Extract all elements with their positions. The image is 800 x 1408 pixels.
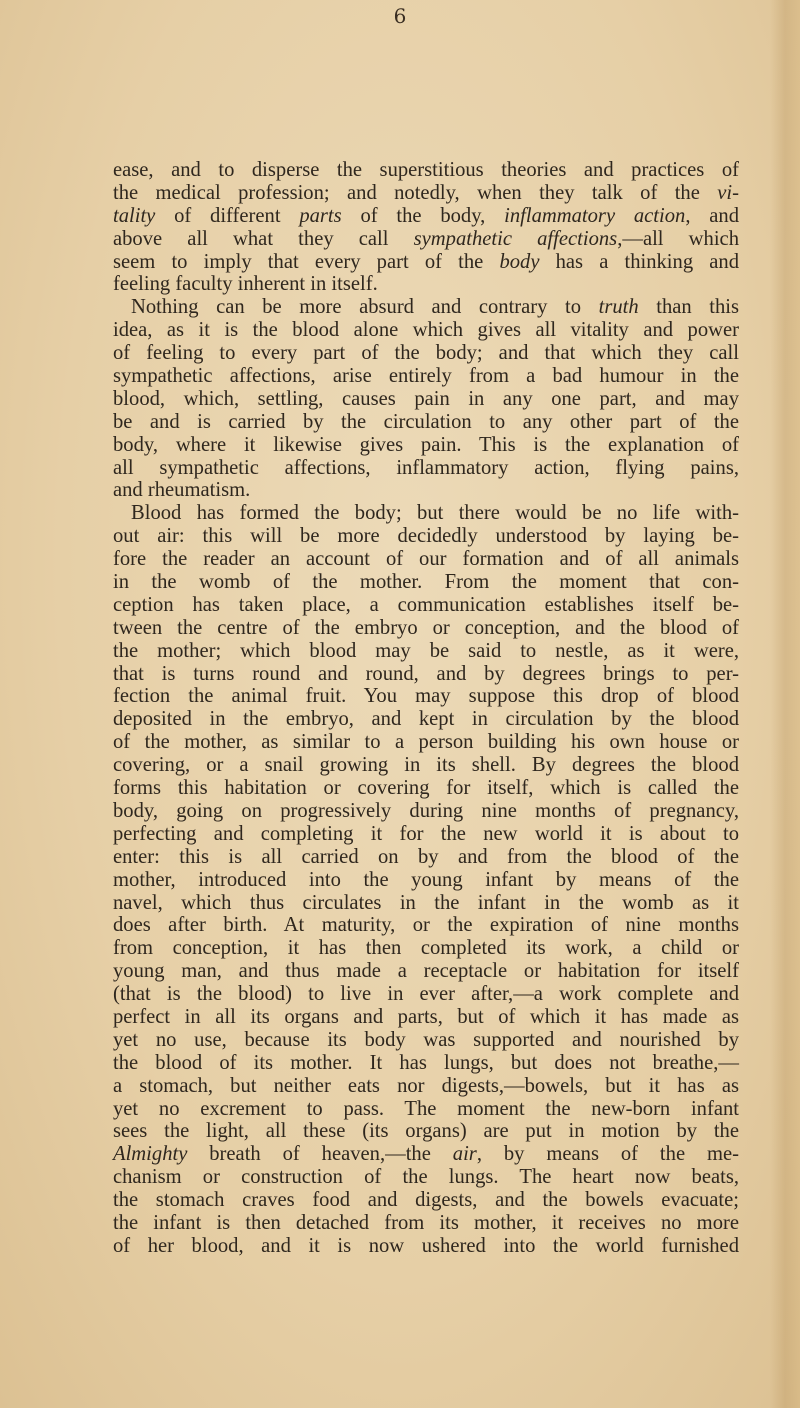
text-run: that is turns round and round, and by de… [113, 663, 739, 685]
text-run: above all what they call [113, 228, 414, 250]
text-run: be and is carried by the circulation to … [113, 411, 739, 433]
text-run: , and [685, 205, 739, 227]
text-run: of the mother, as similar to a person bu… [113, 731, 739, 753]
text-line: navel, which thus circulates in the infa… [113, 892, 739, 915]
text-line: body, going on progressively during nine… [113, 800, 739, 823]
text-run: breath of heaven,—the [187, 1143, 452, 1165]
text-line: mother, introduced into the young infant… [113, 869, 739, 892]
text-line: ception has taken place, a communication… [113, 594, 739, 617]
italic-text: sympathetic affections [414, 228, 618, 250]
text-line: the mother; which blood may be said to n… [113, 640, 739, 663]
book-page: 6 ease, and to disperse the superstitiou… [0, 0, 800, 1408]
text-line: above all what they call sympathetic aff… [113, 228, 739, 251]
text-line: enter: this is all carried on by and fro… [113, 846, 739, 869]
text-line: Nothing can be more absurd and contrary … [113, 296, 739, 319]
text-run: and rheumatism. [113, 479, 250, 501]
text-run: yet no use, because its body was support… [113, 1029, 739, 1051]
text-run: forms this habitation or covering for it… [113, 777, 739, 799]
text-run: than this [639, 296, 739, 318]
italic-text: parts [299, 205, 341, 227]
text-line: a stomach, but neither eats nor digests,… [113, 1075, 739, 1098]
text-line: all sympathetic affections, inflammatory… [113, 457, 739, 480]
text-run: , by means of the me- [477, 1143, 739, 1165]
text-line: body, where it likewise gives pain. This… [113, 434, 739, 457]
text-run: enter: this is all carried on by and fro… [113, 846, 739, 868]
text-run: does after birth. At maturity, or the ex… [113, 914, 739, 936]
text-run: has a thinking and [539, 251, 739, 273]
text-line: that is turns round and round, and by de… [113, 663, 739, 686]
text-line: idea, as it is the blood alone which giv… [113, 319, 739, 342]
text-line: deposited in the embryo, and kept in cir… [113, 708, 739, 731]
text-run: of different [155, 205, 299, 227]
text-run: chanism or construction of the lungs. Th… [113, 1166, 739, 1188]
text-run: yet no excrement to pass. The moment the… [113, 1098, 739, 1120]
text-line: the medical profession; and notedly, whe… [113, 182, 739, 205]
text-run: feeling faculty inherent in itself. [113, 273, 378, 295]
text-line: yet no excrement to pass. The moment the… [113, 1098, 739, 1121]
italic-text: truth [599, 296, 639, 318]
text-run: the blood of its mother. It has lungs, b… [113, 1052, 739, 1074]
text-line: the stomach craves food and digests, and… [113, 1189, 739, 1212]
text-run: ception has taken place, a communication… [113, 594, 739, 616]
text-line: does after birth. At maturity, or the ex… [113, 914, 739, 937]
text-line: yet no use, because its body was support… [113, 1029, 739, 1052]
text-run: blood, which, settling, causes pain in a… [113, 388, 739, 410]
text-run: ease, and to disperse the superstitious … [113, 159, 739, 181]
text-run: Blood has formed the body; but there wou… [131, 502, 739, 524]
text-run: idea, as it is the blood alone which giv… [113, 319, 739, 341]
text-line: the blood of its mother. It has lungs, b… [113, 1052, 739, 1075]
text-line: and rheumatism. [113, 479, 739, 502]
text-line: of her blood, and it is now ushered into… [113, 1235, 739, 1258]
text-line: forms this habitation or covering for it… [113, 777, 739, 800]
text-run: of feeling to every part of the body; an… [113, 342, 739, 364]
italic-text: air [453, 1143, 477, 1165]
text-line: sympathetic affections, arise entirely f… [113, 365, 739, 388]
text-run: body, going on progressively during nine… [113, 800, 739, 822]
text-run: navel, which thus circulates in the infa… [113, 892, 739, 914]
text-run: in the womb of the mother. From the mome… [113, 571, 739, 593]
text-line: feeling faculty inherent in itself. [113, 273, 739, 296]
text-run: the medical profession; and notedly, whe… [113, 182, 717, 204]
text-run: seem to imply that every part of the [113, 251, 499, 273]
text-run: (that is the blood) to live in ever afte… [113, 983, 739, 1005]
text-run: sympathetic affections, arise entirely f… [113, 365, 739, 387]
text-line: of feeling to every part of the body; an… [113, 342, 739, 365]
text-line: ease, and to disperse the superstitious … [113, 159, 739, 182]
text-line: fection the animal fruit. You may suppos… [113, 685, 739, 708]
text-run: the stomach craves food and digests, and… [113, 1189, 739, 1211]
italic-text: vi- [717, 182, 739, 204]
paragraph: Blood has formed the body; but there wou… [113, 502, 739, 1257]
text-run: from conception, it has then completed i… [113, 937, 739, 959]
text-run: all sympathetic affections, inflammatory… [113, 457, 739, 479]
text-line: out air: this will be more decidedly und… [113, 525, 739, 548]
text-line: tween the centre of the embryo or concep… [113, 617, 739, 640]
text-line: sees the light, all these (its organs) a… [113, 1120, 739, 1143]
text-line: Almighty breath of heaven,—the air, by m… [113, 1143, 739, 1166]
text-run: fore the reader an account of our format… [113, 548, 739, 570]
text-run: sees the light, all these (its organs) a… [113, 1120, 739, 1142]
text-line: tality of different parts of the body, i… [113, 205, 739, 228]
text-run: covering, or a snail growing in its shel… [113, 754, 739, 776]
text-line: perfecting and completing it for the new… [113, 823, 739, 846]
italic-text: Almighty [113, 1143, 187, 1165]
text-run: body, where it likewise gives pain. This… [113, 434, 739, 456]
italic-text: tality [113, 205, 155, 227]
text-run: a stomach, but neither eats nor digests,… [113, 1075, 739, 1097]
text-line: covering, or a snail growing in its shel… [113, 754, 739, 777]
text-run: of her blood, and it is now ushered into… [113, 1235, 739, 1257]
text-line: young man, and thus made a receptacle or… [113, 960, 739, 983]
text-run: fection the animal fruit. You may suppos… [113, 685, 739, 707]
italic-text: inflammatory action [504, 205, 685, 227]
text-line: blood, which, settling, causes pain in a… [113, 388, 739, 411]
text-line: Blood has formed the body; but there wou… [113, 502, 739, 525]
text-line: of the mother, as similar to a person bu… [113, 731, 739, 754]
text-line: from conception, it has then completed i… [113, 937, 739, 960]
page-number: 6 [0, 4, 800, 28]
text-run: Nothing can be more absurd and contrary … [131, 296, 599, 318]
text-run: of the body, [342, 205, 504, 227]
text-line: be and is carried by the circulation to … [113, 411, 739, 434]
paragraph: Nothing can be more absurd and contrary … [113, 296, 739, 502]
italic-text: body [499, 251, 539, 273]
text-line: in the womb of the mother. From the mome… [113, 571, 739, 594]
text-run: out air: this will be more decidedly und… [113, 525, 739, 547]
text-run: the mother; which blood may be said to n… [113, 640, 739, 662]
text-line: fore the reader an account of our format… [113, 548, 739, 571]
paragraph: ease, and to disperse the superstitious … [113, 159, 739, 296]
body-text: ease, and to disperse the superstitious … [113, 159, 739, 1258]
text-run: mother, introduced into the young infant… [113, 869, 739, 891]
text-run: the infant is then detached from its mot… [113, 1212, 739, 1234]
text-line: the infant is then detached from its mot… [113, 1212, 739, 1235]
text-line: (that is the blood) to live in ever afte… [113, 983, 739, 1006]
text-run: young man, and thus made a receptacle or… [113, 960, 739, 982]
text-run: perfecting and completing it for the new… [113, 823, 739, 845]
text-run: tween the centre of the embryo or concep… [113, 617, 739, 639]
text-run: ,—all which [617, 228, 739, 250]
text-line: chanism or construction of the lungs. Th… [113, 1166, 739, 1189]
text-run: perfect in all its organs and parts, but… [113, 1006, 739, 1028]
text-run: deposited in the embryo, and kept in cir… [113, 708, 739, 730]
text-line: perfect in all its organs and parts, but… [113, 1006, 739, 1029]
text-line: seem to imply that every part of the bod… [113, 251, 739, 274]
